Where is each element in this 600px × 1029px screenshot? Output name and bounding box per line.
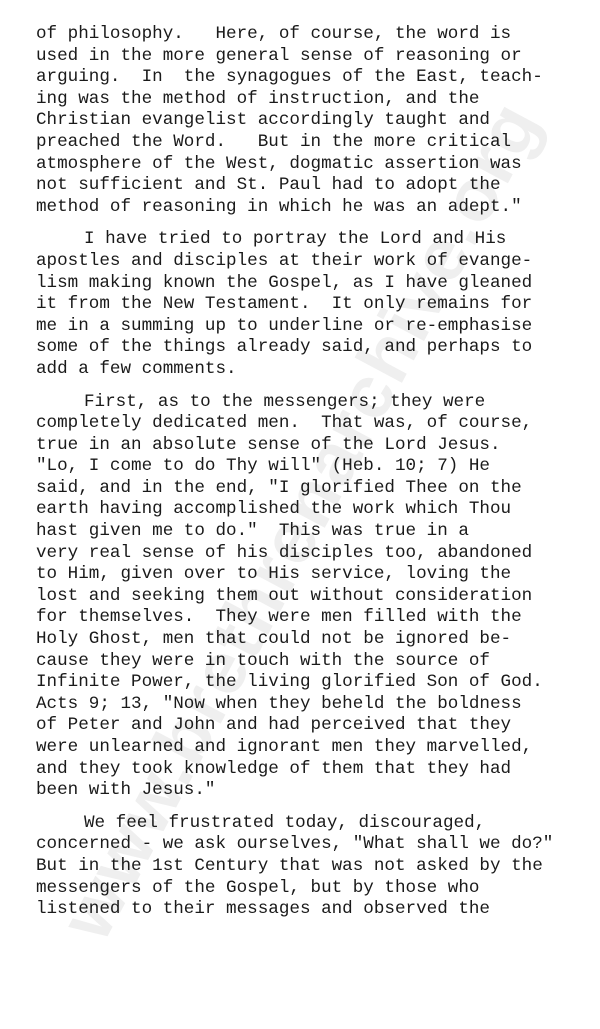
text-line: been with Jesus." xyxy=(36,780,576,802)
text-line: and they took knowledge of them that the… xyxy=(36,759,576,781)
paragraph: First, as to the messengers; they wereco… xyxy=(36,392,576,802)
text-line: First, as to the messengers; they were xyxy=(36,392,576,414)
text-line: used in the more general sense of reason… xyxy=(36,46,576,68)
text-line: were unlearned and ignorant men they mar… xyxy=(36,737,576,759)
text-line: not sufficient and St. Paul had to adopt… xyxy=(36,175,576,197)
text-line: messengers of the Gospel, but by those w… xyxy=(36,878,576,900)
text-line: to Him, given over to His service, lovin… xyxy=(36,564,576,586)
text-line: Infinite Power, the living glorified Son… xyxy=(36,672,576,694)
text-line: But in the 1st Century that was not aske… xyxy=(36,856,576,878)
text-line: "Lo, I come to do Thy will" (Heb. 10; 7)… xyxy=(36,456,576,478)
text-line: of Peter and John and had perceived that… xyxy=(36,715,576,737)
text-line: ing was the method of instruction, and t… xyxy=(36,89,576,111)
text-line: add a few comments. xyxy=(36,359,576,381)
text-line: hast given me to do." This was true in a xyxy=(36,521,576,543)
text-line: Acts 9; 13, "Now when they beheld the bo… xyxy=(36,694,576,716)
text-line: lost and seeking them out without consid… xyxy=(36,586,576,608)
text-line: arguing. In the synagogues of the East, … xyxy=(36,67,576,89)
text-line: true in an absolute sense of the Lord Je… xyxy=(36,435,576,457)
text-line: completely dedicated men. That was, of c… xyxy=(36,413,576,435)
text-line: apostles and disciples at their work of … xyxy=(36,251,576,273)
paragraph: I have tried to portray the Lord and His… xyxy=(36,229,576,380)
text-line: atmosphere of the West, dogmatic asserti… xyxy=(36,154,576,176)
text-line: Holy Ghost, men that could not be ignore… xyxy=(36,629,576,651)
text-line: earth having accomplished the work which… xyxy=(36,499,576,521)
text-line: I have tried to portray the Lord and His xyxy=(36,229,576,251)
document-page: www.brethrenarchive.org of philosophy. H… xyxy=(0,0,600,1029)
paragraph: We feel frustrated today, discouraged,co… xyxy=(36,813,576,921)
text-line: for themselves. They were men filled wit… xyxy=(36,607,576,629)
text-line: listened to their messages and observed … xyxy=(36,899,576,921)
text-line: preached the Word. But in the more criti… xyxy=(36,132,576,154)
text-line: We feel frustrated today, discouraged, xyxy=(36,813,576,835)
text-line: of philosophy. Here, of course, the word… xyxy=(36,24,576,46)
text-line: some of the things already said, and per… xyxy=(36,337,576,359)
text-line: me in a summing up to underline or re-em… xyxy=(36,316,576,338)
text-line: very real sense of his disciples too, ab… xyxy=(36,543,576,565)
document-body: of philosophy. Here, of course, the word… xyxy=(36,24,576,921)
paragraph: of philosophy. Here, of course, the word… xyxy=(36,24,576,218)
text-line: said, and in the end, "I glorified Thee … xyxy=(36,478,576,500)
text-line: lism making known the Gospel, as I have … xyxy=(36,273,576,295)
text-line: it from the New Testament. It only remai… xyxy=(36,294,576,316)
text-line: cause they were in touch with the source… xyxy=(36,651,576,673)
text-line: concerned - we ask ourselves, "What shal… xyxy=(36,834,576,856)
text-line: Christian evangelist accordingly taught … xyxy=(36,110,576,132)
text-line: method of reasoning in which he was an a… xyxy=(36,197,576,219)
